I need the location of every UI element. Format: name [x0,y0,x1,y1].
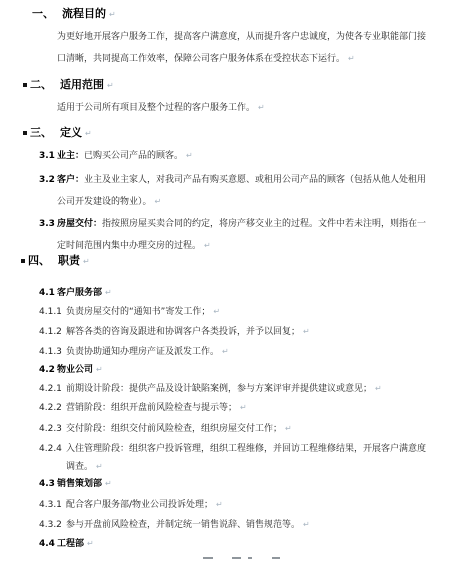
item-number: 3.2 [39,174,57,186]
list-item-4-3-1: 4.3.1配合客户服务部/物业公司投诉处理；↵ [39,499,223,511]
definition-item-3-3-wrap: 定时间范围内集中办理交房的过程。↵ [57,240,211,252]
heading-1-process-purpose: 一、流程目的↵ [32,7,116,20]
heading-number: 一、 [32,7,62,20]
definition-item-3-2-wrap: 公司开发建设的物业）。↵ [57,196,161,208]
document-page: 一、流程目的↵ 为更好地开展客户服务工作，提高客户满意度，从而提升客户忠诚度，为… [0,0,453,561]
list-item-4-2-2: 4.2.2营销阶段：组织开盘前风险检查与提示等；↵ [39,402,247,414]
definition-item-3-2: 3.2客户：业主及业主家人，对我司产品有购买意愿、或租用公司产品的顾客（包括从他… [39,174,426,186]
paragraph-mark-icon: ↵ [303,520,310,529]
definition-item-3-1: 3.1业主：已购买公司产品的顾客。↵ [39,150,193,162]
item-number: 4.1.1 [39,306,66,318]
item-number: 3.1 [39,150,57,162]
subheading-title: 客户服务部 [57,288,102,298]
subheading-4-1: 4.1客户服务部↵ [39,287,112,299]
item-number: 3.3 [39,218,57,230]
heading-3-definitions: 三、定义↵ [30,126,92,139]
item-label: 业主： [57,151,84,161]
item-number: 4.1 [39,287,57,299]
paragraph-mark-icon: ↵ [213,307,220,316]
heading-title: 职责 [58,254,80,267]
paragraph-mark-icon: ↵ [155,197,162,206]
item-number: 4.1.3 [39,346,66,358]
paragraph-mark-icon: ↵ [96,365,103,374]
list-item-4-2-3: 4.2.3交付阶段：组织交付前风险检查，组织房屋交付工作；↵ [39,423,292,435]
item-number: 4.3.2 [39,519,66,531]
paragraph-mark-icon: ↵ [186,151,193,160]
item-number: 4.2.2 [39,402,66,414]
subheading-4-4: 4.4工程部↵ [39,538,94,550]
paragraph-line: 口清晰，共同提高工作效率，保障公司客户服务体系在受控状态下运行。↵ [57,53,355,65]
item-number: 4.2.4 [39,443,66,455]
subheading-title: 物业公司 [57,365,93,375]
item-number: 4.3.1 [39,499,66,511]
list-item-4-2-4-wrap: 调查。↵ [66,461,103,473]
paragraph-mark-icon: ↵ [216,500,223,509]
cutoff-text-fragment [203,557,213,559]
cutoff-text-fragment [232,557,241,559]
paragraph-mark-icon: ↵ [285,424,292,433]
paragraph-mark-icon: ↵ [105,479,112,488]
list-item-4-1-2: 4.1.2解答各类的咨询及跟进和协调客户各类投诉，并予以回复；↵ [39,326,310,338]
subheading-title: 工程部 [57,539,84,549]
item-label: 房屋交付： [57,219,102,229]
heading-title: 定义 [60,126,82,139]
paragraph-mark-icon: ↵ [240,403,247,412]
item-number: 4.1.2 [39,326,66,338]
item-number: 4.3 [39,478,57,490]
heading-number: 二、 [30,78,60,91]
list-item-4-3-2: 4.3.2参与开盘前风险检查，并制定统一销售说辞、销售规范等。↵ [39,519,310,531]
item-number: 4.2.3 [39,423,66,435]
list-item-4-1-3: 4.1.3负责协助通知办理房产证及派发工作。↵ [39,346,229,358]
heading-2-scope: 二、适用范围↵ [30,78,114,91]
paragraph-mark-icon: ↵ [348,54,355,63]
paragraph-mark-icon: ↵ [96,462,103,471]
heading-4-responsibilities: 四、职责↵ [28,254,90,267]
paragraph-line: 适用于公司所有项目及整个过程的客户服务工作。↵ [57,102,265,114]
paragraph-mark-icon: ↵ [85,129,92,138]
definition-item-3-3: 3.3房屋交付：指按照房屋买卖合同的约定，将房产移交业主的过程。文件中若未注明，… [39,218,426,230]
heading-outline-square [23,83,27,87]
paragraph-mark-icon: ↵ [258,103,265,112]
paragraph-mark-icon: ↵ [87,539,94,548]
heading-number: 三、 [30,126,60,139]
paragraph-line: 为更好地开展客户服务工作，提高客户满意度，从而提升客户忠诚度，为使各专业职能部门… [57,31,426,43]
list-item-4-2-4: 4.2.4入住管理阶段：组织客户投诉管理，组织工程维修，并回访工程维修结果，开展… [39,443,426,455]
list-item-4-2-1: 4.2.1前期设计阶段：提供产品及设计缺陷案例，参与方案评审并提供建议或意见；↵ [39,383,382,395]
item-label: 客户： [57,175,84,185]
paragraph-mark-icon: ↵ [107,81,114,90]
cutoff-text-fragment [272,557,280,559]
paragraph-mark-icon: ↵ [222,347,229,356]
paragraph-mark-icon: ↵ [303,327,310,336]
cutoff-text-fragment [248,557,252,559]
heading-title: 适用范围 [60,78,104,91]
heading-outline-square [21,259,25,263]
paragraph-mark-icon: ↵ [83,257,90,266]
paragraph-mark-icon: ↵ [105,288,112,297]
heading-number: 四、 [28,254,58,267]
paragraph-mark-icon: ↵ [375,384,382,393]
subheading-4-2: 4.2物业公司↵ [39,364,103,376]
paragraph-mark-icon: ↵ [109,10,116,19]
item-number: 4.4 [39,538,57,550]
paragraph-mark-icon: ↵ [204,241,211,250]
subheading-title: 销售策划部 [57,479,102,489]
heading-outline-square [23,131,27,135]
item-number: 4.2.1 [39,383,66,395]
subheading-4-3: 4.3销售策划部↵ [39,478,112,490]
list-item-4-1-1: 4.1.1负责房屋交付的“通知书”寄发工作；↵ [39,306,220,318]
item-number: 4.2 [39,364,57,376]
heading-title: 流程目的 [62,7,106,20]
